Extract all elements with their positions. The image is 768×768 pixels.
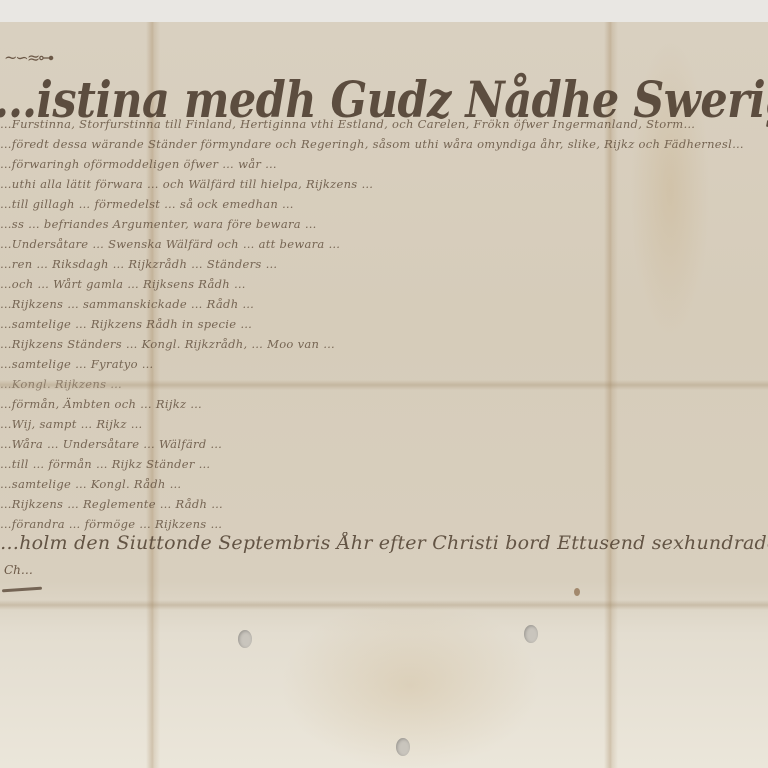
body-line: …förandra … förmöge … Rijkzens … [0, 514, 768, 534]
body-line: …Furstinna, Storfurstinna till Finland, … [0, 114, 768, 134]
body-line: …Kongl. Rijkzens … [0, 374, 768, 394]
body-line: …Rijkzens … sammanskickade … Rådh … [0, 294, 768, 314]
water-stain [280, 600, 540, 768]
body-line: …samtelige … Fyratyo … [0, 354, 768, 374]
body-line: …Wij, sampt … Rijkz … [0, 414, 768, 434]
body-line: …föredt dessa wärande Ständer förmyndare… [0, 134, 768, 154]
body-line: …ss … befriandes Argumenter, wara före b… [0, 214, 768, 234]
body-line: …förwaringh oförmoddeligen öfwer … wår … [0, 154, 768, 174]
closing-date-line: …holm den Siuttonde Septembris Åhr efter… [0, 532, 768, 554]
body-line: …till gillagh … förmedelst … så ock emed… [0, 194, 768, 214]
signature: Ch… [4, 563, 33, 577]
punch-hole [524, 625, 538, 643]
body-line: …Undersåtare … Swenska Wälfärd och … att… [0, 234, 768, 254]
body-line: …samtelige … Kongl. Rådh … [0, 474, 768, 494]
background-surface [0, 0, 768, 24]
body-line: …ren … Riksdagh … Rijkzrådh … Ständers … [0, 254, 768, 274]
ink-spot [574, 588, 580, 596]
body-line: …Rijkzens … Reglemente … Rådh … [0, 494, 768, 514]
body-line: …till … förmån … Rijkz Ständer … [0, 454, 768, 474]
body-line: …samtelige … Rijkzens Rådh in specie … [0, 314, 768, 334]
punch-hole [238, 630, 252, 648]
ornamental-flourish-icon: ~∽≈⊶ [4, 48, 52, 67]
body-line: …och … Wårt gamla … Rijksens Rådh … [0, 274, 768, 294]
body-line: …Rijkzens Ständers … Kongl. Rijkzrådh, …… [0, 334, 768, 354]
body-line: …Wåra … Undersåtare … Wälfärd … [0, 434, 768, 454]
document-body: …Furstinna, Storfurstinna till Finland, … [0, 114, 768, 534]
body-line: …uthi alla lätit förwara … och Wälfärd t… [0, 174, 768, 194]
body-line: …förmån, Ämbten och … Rijkz … [0, 394, 768, 414]
punch-hole [396, 738, 410, 756]
